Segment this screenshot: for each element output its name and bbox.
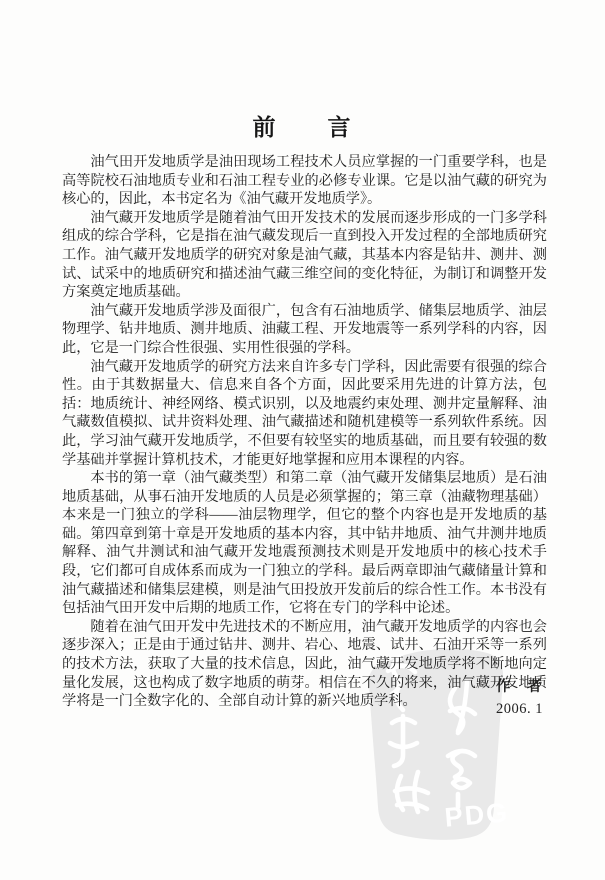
- preface-paragraph: 油气田开发地质学是油田现场工程技术人员应掌握的一门重要学科，也是高等院校石油地质…: [62, 153, 547, 209]
- author-block: 作 者 2006. 1: [496, 680, 543, 716]
- preface-paragraph: 油气藏开发地质学的研究方法来自许多专门学科，因此需要有很强的综合性。由于其数据量…: [62, 358, 547, 470]
- preface-body: 油气田开发地质学是油田现场工程技术人员应掌握的一门重要学科，也是高等院校石油地质…: [62, 153, 547, 711]
- publication-date: 2006. 1: [496, 702, 543, 717]
- pdg-label: PDG: [443, 797, 510, 833]
- page-title: 前 言: [0, 116, 605, 139]
- author-signature: 作 者: [496, 680, 543, 695]
- preface-paragraph: 本书的第一章（油气藏类型）和第二章（油气藏开发储集层地质）是石油地质基础，从事石…: [62, 469, 547, 618]
- preface-paragraph: 随着在油气田开发中先进技术的不断应用，油气藏开发地质学的内容也会逐步深入；正是由…: [62, 618, 547, 711]
- preface-paragraph: 油气藏开发地质学是随着油气田开发技术的发展而逐步形成的一门多学科组成的综合学科，…: [62, 209, 547, 302]
- preface-paragraph: 油气藏开发地质学涉及面很广，包含有石油地质学、储集层地质学、油层物理学、钻井地质…: [62, 302, 547, 358]
- preface-page: PDG 前 言 油气田开发地质学是油田现场工程技术人员应掌握的一门重要学科，也是…: [0, 0, 605, 880]
